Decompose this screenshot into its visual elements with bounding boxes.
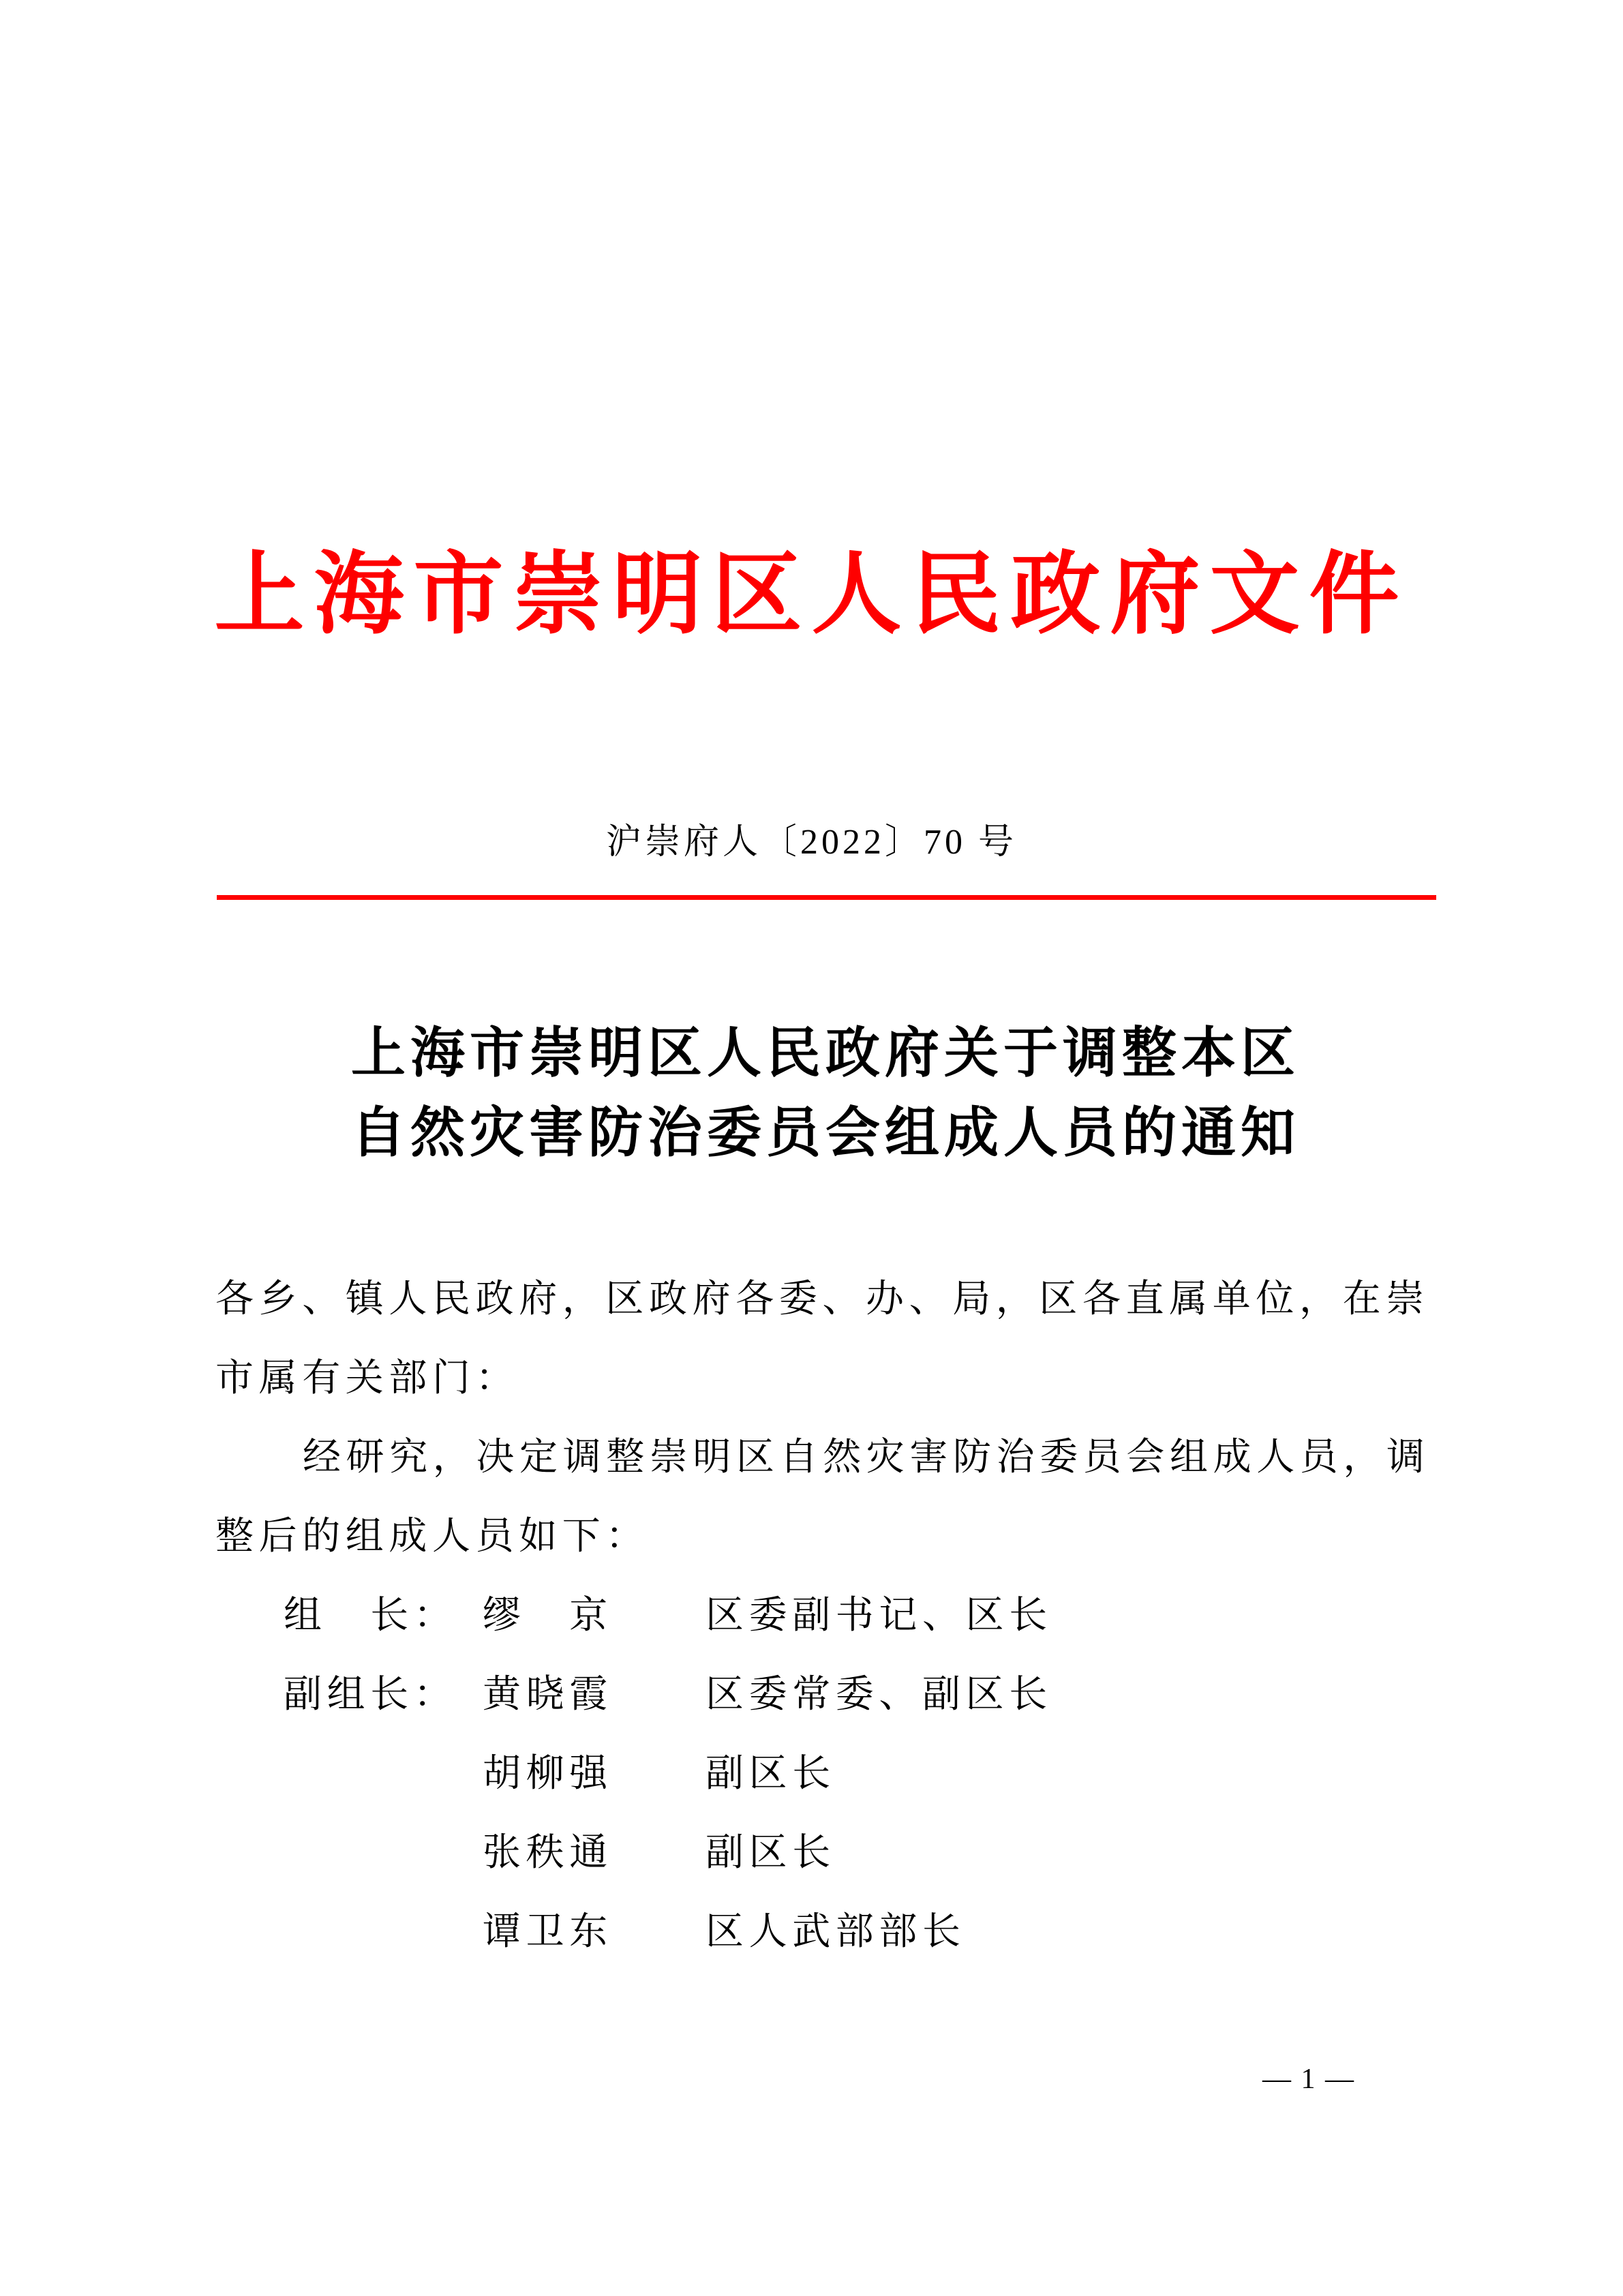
red-divider-line — [217, 895, 1436, 900]
notice-title-line1: 上海市崇明区人民政府关于调整本区 — [215, 1014, 1436, 1094]
member-name: 缪 京 — [483, 1576, 706, 1655]
document-number: 沪崇府人〔2022〕70 号 — [0, 813, 1623, 864]
recipients-line1: 各乡、镇人民政府，区政府各委、办、局，区各直属单位，在崇 — [215, 1260, 1436, 1339]
member-role: 组 长： — [284, 1576, 483, 1655]
document-org-title: 上海市崇明区人民政府文件 — [0, 545, 1623, 644]
member-name: 黄晓霞 — [483, 1655, 706, 1734]
notice-title: 上海市崇明区人民政府关于调整本区 自然灾害防治委员会组成人员的通知 — [215, 1014, 1436, 1174]
body-paragraph-line2: 整后的组成人员如下： — [215, 1497, 1436, 1576]
member-title: 区委常委、副区长 — [706, 1655, 1436, 1734]
notice-title-line2: 自然灾害防治委员会组成人员的通知 — [215, 1094, 1436, 1174]
member-title: 区委副书记、区长 — [706, 1576, 1436, 1655]
body-paragraph-line1: 经研究，决定调整崇明区自然灾害防治委员会组成人员，调 — [215, 1418, 1436, 1497]
member-name: 胡柳强 — [483, 1734, 706, 1813]
member-title: 副区长 — [706, 1734, 1436, 1813]
member-name: 张秩通 — [483, 1813, 706, 1892]
document-page: 上海市崇明区人民政府文件 沪崇府人〔2022〕70 号 上海市崇明区人民政府关于… — [0, 0, 1623, 2296]
member-title: 副区长 — [706, 1813, 1436, 1892]
page-number: — 1 — — [1186, 2063, 1431, 2096]
member-role — [284, 1734, 483, 1813]
member-row: 胡柳强 副区长 — [215, 1734, 1436, 1813]
member-row: 副组长： 黄晓霞 区委常委、副区长 — [215, 1655, 1436, 1734]
member-role — [284, 1813, 483, 1892]
member-title: 区人武部部长 — [706, 1892, 1436, 1972]
member-row: 组 长： 缪 京 区委副书记、区长 — [215, 1576, 1436, 1655]
member-role: 副组长： — [284, 1655, 483, 1734]
recipients-line2: 市属有关部门： — [215, 1339, 1436, 1418]
member-row: 张秩通 副区长 — [215, 1813, 1436, 1892]
document-body: 各乡、镇人民政府，区政府各委、办、局，区各直属单位，在崇 市属有关部门： 经研究… — [215, 1260, 1436, 1972]
member-role — [284, 1892, 483, 1972]
member-name: 谭卫东 — [483, 1892, 706, 1972]
member-row: 谭卫东 区人武部部长 — [215, 1892, 1436, 1972]
